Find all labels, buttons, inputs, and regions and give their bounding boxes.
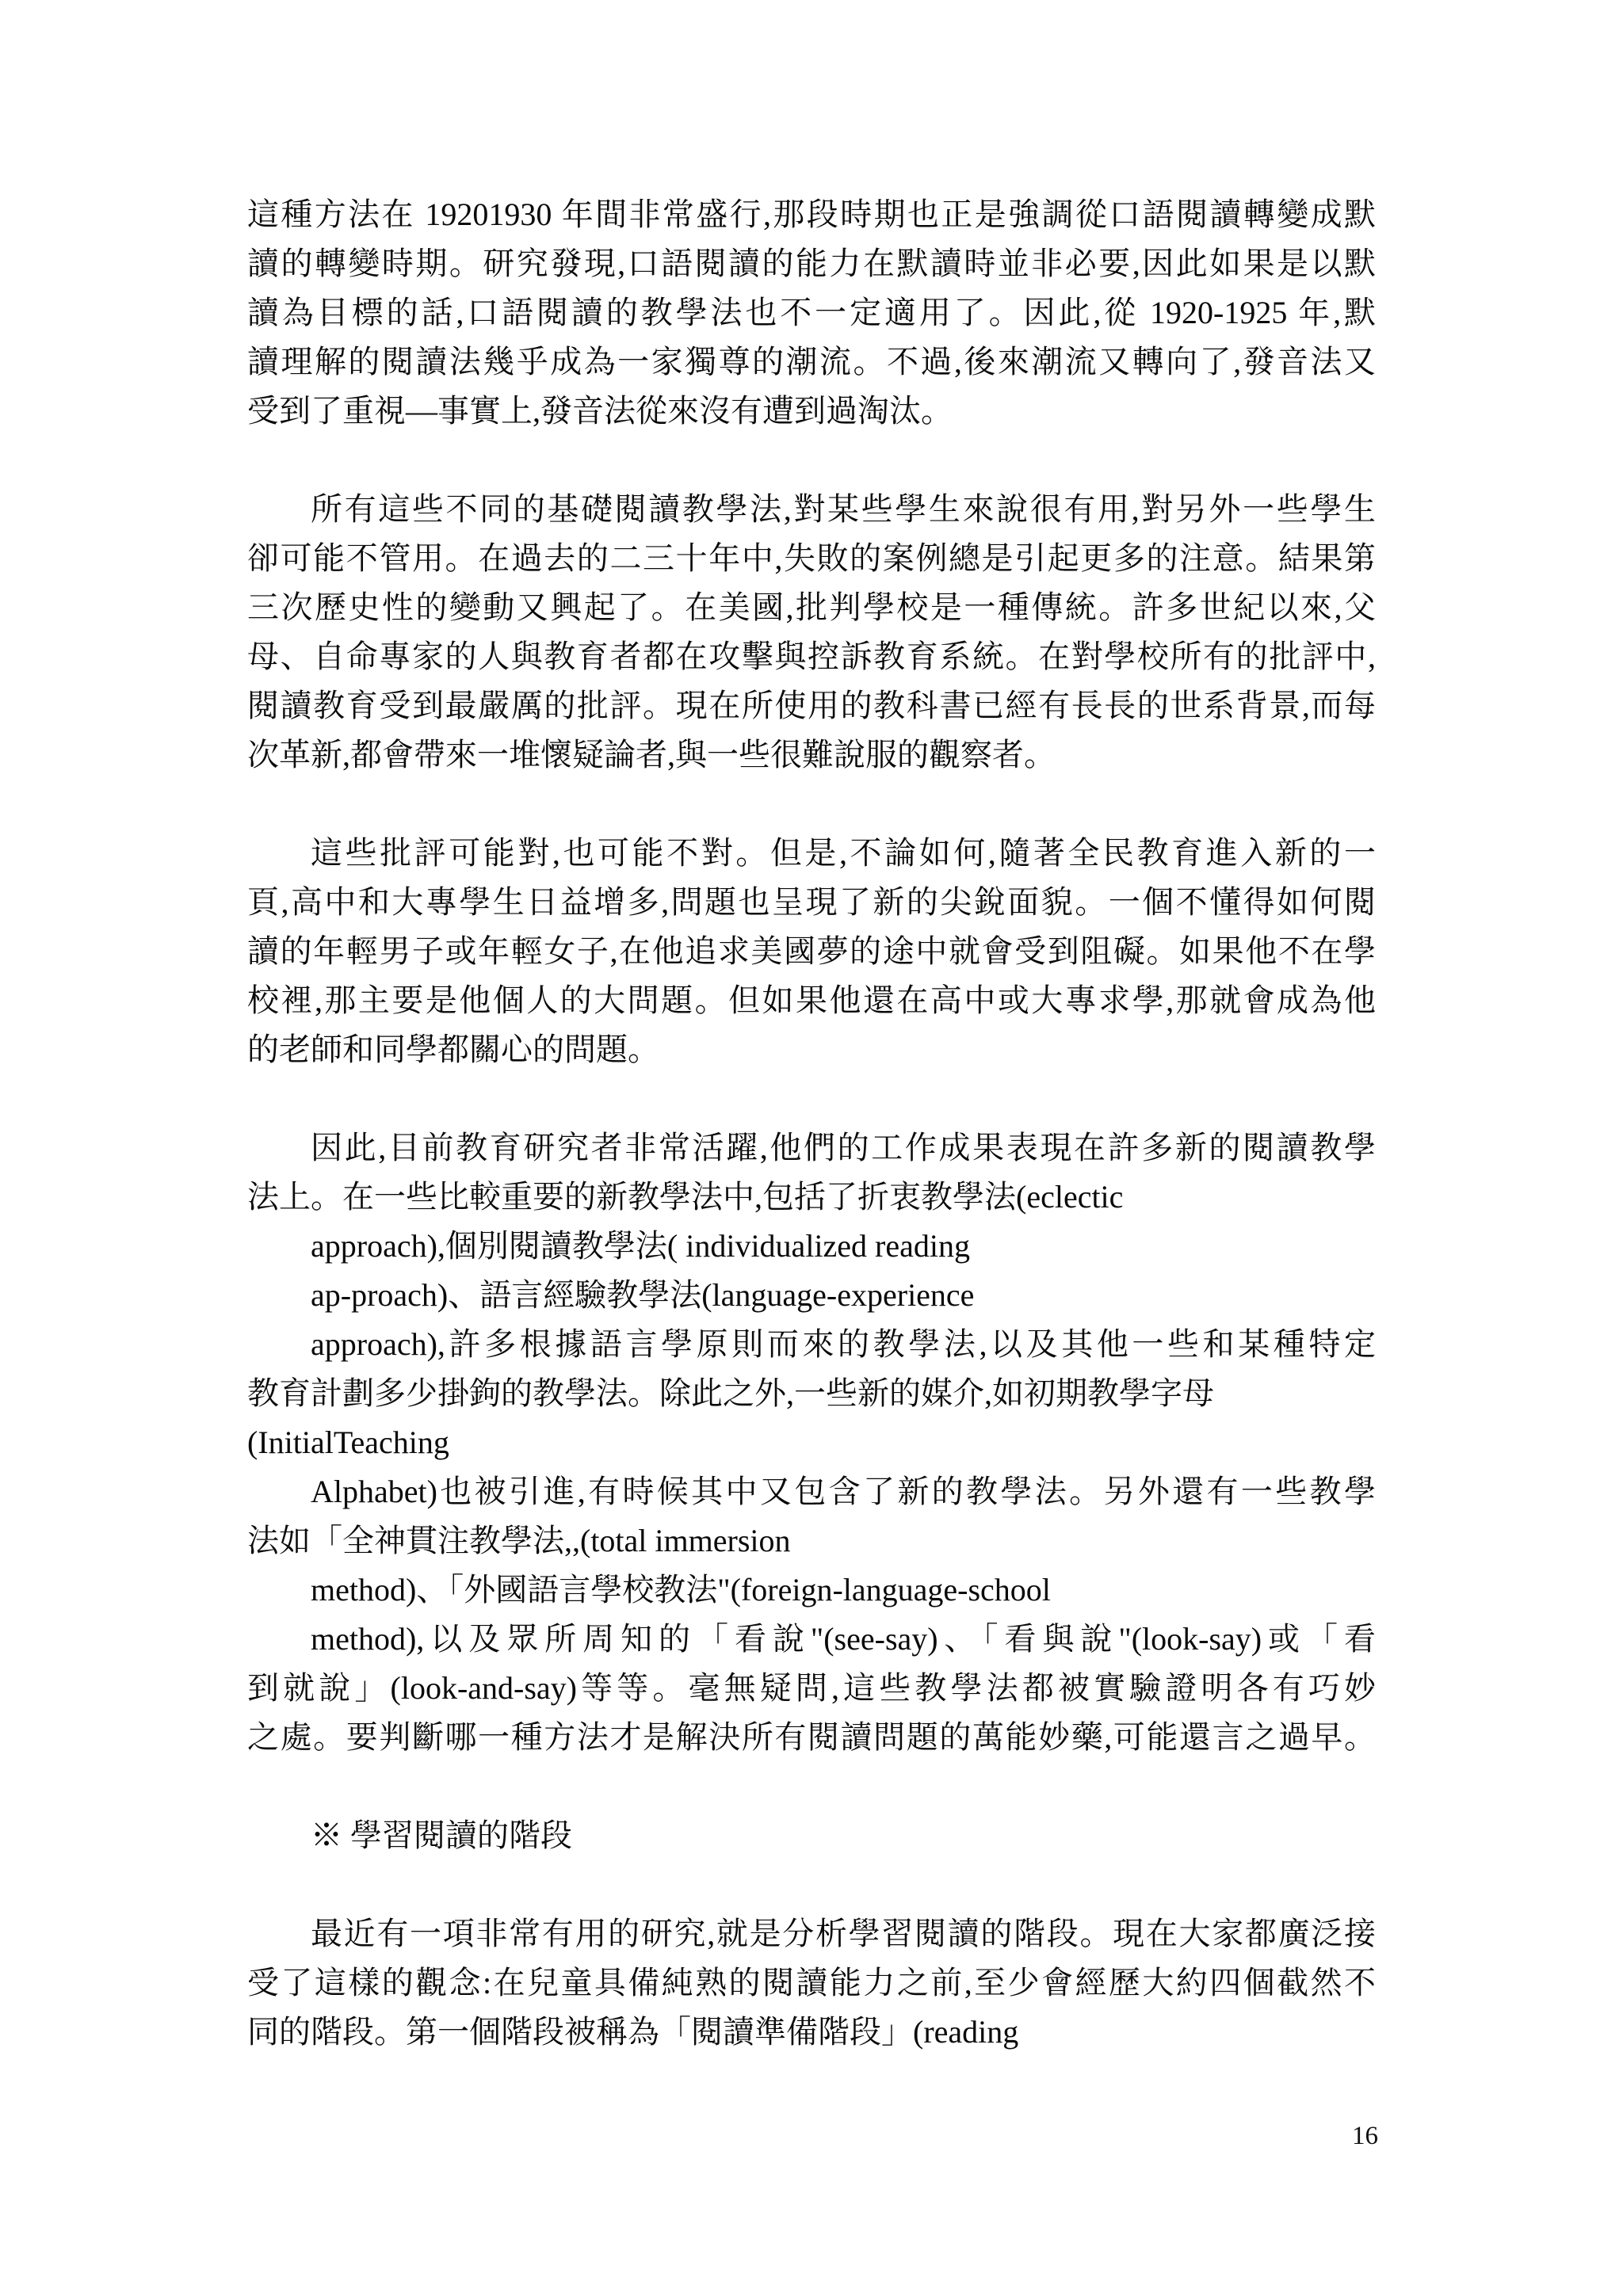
text-line: approach),許多根據語言學原則而來的教學法,以及其他一些和某種特定 xyxy=(247,1320,1376,1369)
text-line: 次革新,都會帶來一堆懷疑論者,與一些很難說服的觀察者。 xyxy=(247,730,1376,780)
page-number: 16 xyxy=(1352,2120,1378,2152)
text-line: 所有這些不同的基礎閱讀教學法,對某些學生來說很有用,對另外一些學生 xyxy=(247,485,1376,534)
text-line: 母、自命專家的人與教育者都在攻擊與控訴教育系統。在對學校所有的批評中, xyxy=(247,632,1376,681)
text-line: 因此,目前教育研究者非常活躍,他們的工作成果表現在許多新的閱讀教學 xyxy=(247,1123,1376,1173)
text-line: Alphabet)也被引進,有時候其中又包含了新的教學法。另外還有一些教學 xyxy=(247,1467,1376,1516)
text-line: 讀理解的閱讀法幾乎成為一家獨尊的潮流。不過,後來潮流又轉向了,發音法又 xyxy=(247,338,1376,387)
text-line: 法上。在一些比較重要的新教學法中,包括了折衷教學法(eclectic xyxy=(247,1173,1376,1222)
text-line: 卻可能不管用。在過去的二三十年中,失敗的案例總是引起更多的注意。結果第 xyxy=(247,534,1376,583)
section-heading: ※ 學習閱讀的階段 xyxy=(247,1811,1376,1860)
text-line: (InitialTeaching xyxy=(247,1418,1376,1467)
text-line: ap-proach)、語言經驗教學法(language-experience xyxy=(247,1271,1376,1320)
text-line: 頁,高中和大專學生日益增多,問題也呈現了新的尖銳面貌。一個不懂得如何閱 xyxy=(247,878,1376,927)
text-line: 的老師和同學都關心的問題。 xyxy=(247,1025,1376,1074)
text-line: 受了這樣的觀念:在兒童具備純熟的閱讀能力之前,至少會經歷大約四個截然不 xyxy=(247,1958,1376,2008)
paragraph: 最近有一項非常有用的研究,就是分析學習閱讀的階段。現在大家都廣泛接受了這樣的觀念… xyxy=(247,1909,1376,2057)
text-line: 讀的年輕男子或年輕女子,在他追求美國夢的途中就會受到阻礙。如果他不在學 xyxy=(247,927,1376,976)
text-line: 閱讀教育受到最嚴厲的批評。現在所使用的教科書已經有長長的世系背景,而每 xyxy=(247,681,1376,730)
text-line: 讀為目標的話,口語閱讀的教學法也不一定適用了。因此,從 1920-1925 年,… xyxy=(247,288,1376,338)
text-line: 校裡,那主要是他個人的大問題。但如果他還在高中或大專求學,那就會成為他 xyxy=(247,976,1376,1025)
text-line: method)、「外國語言學校教法"(foreign-language-scho… xyxy=(247,1566,1376,1615)
text-line: 這些批評可能對,也可能不對。但是,不論如何,隨著全民教育進入新的一 xyxy=(247,829,1376,878)
text-line: ※ 學習閱讀的階段 xyxy=(247,1811,1376,1860)
paragraph: 因此,目前教育研究者非常活躍,他們的工作成果表現在許多新的閱讀教學法上。在一些比… xyxy=(247,1123,1376,1762)
text-line: 教育計劃多少掛鉤的教學法。除此之外,一些新的媒介,如初期教學字母 xyxy=(247,1369,1376,1418)
paragraph: 所有這些不同的基礎閱讀教學法,對某些學生來說很有用,對另外一些學生卻可能不管用。… xyxy=(247,485,1376,780)
text-line: 最近有一項非常有用的研究,就是分析學習閱讀的階段。現在大家都廣泛接 xyxy=(247,1909,1376,1958)
document-page: 這種方法在 19201930 年間非常盛行,那段時期也正是強調從口語閱讀轉變成默… xyxy=(0,0,1623,2296)
text-line: 讀的轉變時期。研究發現,口語閱讀的能力在默讀時並非必要,因此如果是以默 xyxy=(247,239,1376,288)
text-line: 之處。要判斷哪一種方法才是解決所有閱讀問題的萬能妙藥,可能還言之過早。 xyxy=(247,1713,1376,1762)
paragraph: 這些批評可能對,也可能不對。但是,不論如何,隨著全民教育進入新的一頁,高中和大專… xyxy=(247,829,1376,1074)
text-line: 這種方法在 19201930 年間非常盛行,那段時期也正是強調從口語閱讀轉變成默 xyxy=(247,190,1376,239)
text-line: 到就說」(look-and-say)等等。毫無疑問,這些教學法都被實驗證明各有巧… xyxy=(247,1664,1376,1713)
text-line: 受到了重視—事實上,發音法從來沒有遭到過淘汰。 xyxy=(247,387,1376,436)
document-body: 這種方法在 19201930 年間非常盛行,那段時期也正是強調從口語閱讀轉變成默… xyxy=(247,190,1376,2057)
text-line: 同的階段。第一個階段被稱為「閱讀準備階段」(reading xyxy=(247,2008,1376,2057)
text-line: method),以及眾所周知的「看說"(see-say)、「看與說"(look-… xyxy=(247,1615,1376,1664)
paragraph: 這種方法在 19201930 年間非常盛行,那段時期也正是強調從口語閱讀轉變成默… xyxy=(247,190,1376,436)
text-line: 法如「全神貫注教學法,,(total immersion xyxy=(247,1516,1376,1566)
text-line: approach),個別閱讀教學法( individualized readin… xyxy=(247,1222,1376,1271)
text-line: 三次歷史性的變動又興起了。在美國,批判學校是一種傳統。許多世紀以來,父 xyxy=(247,583,1376,632)
